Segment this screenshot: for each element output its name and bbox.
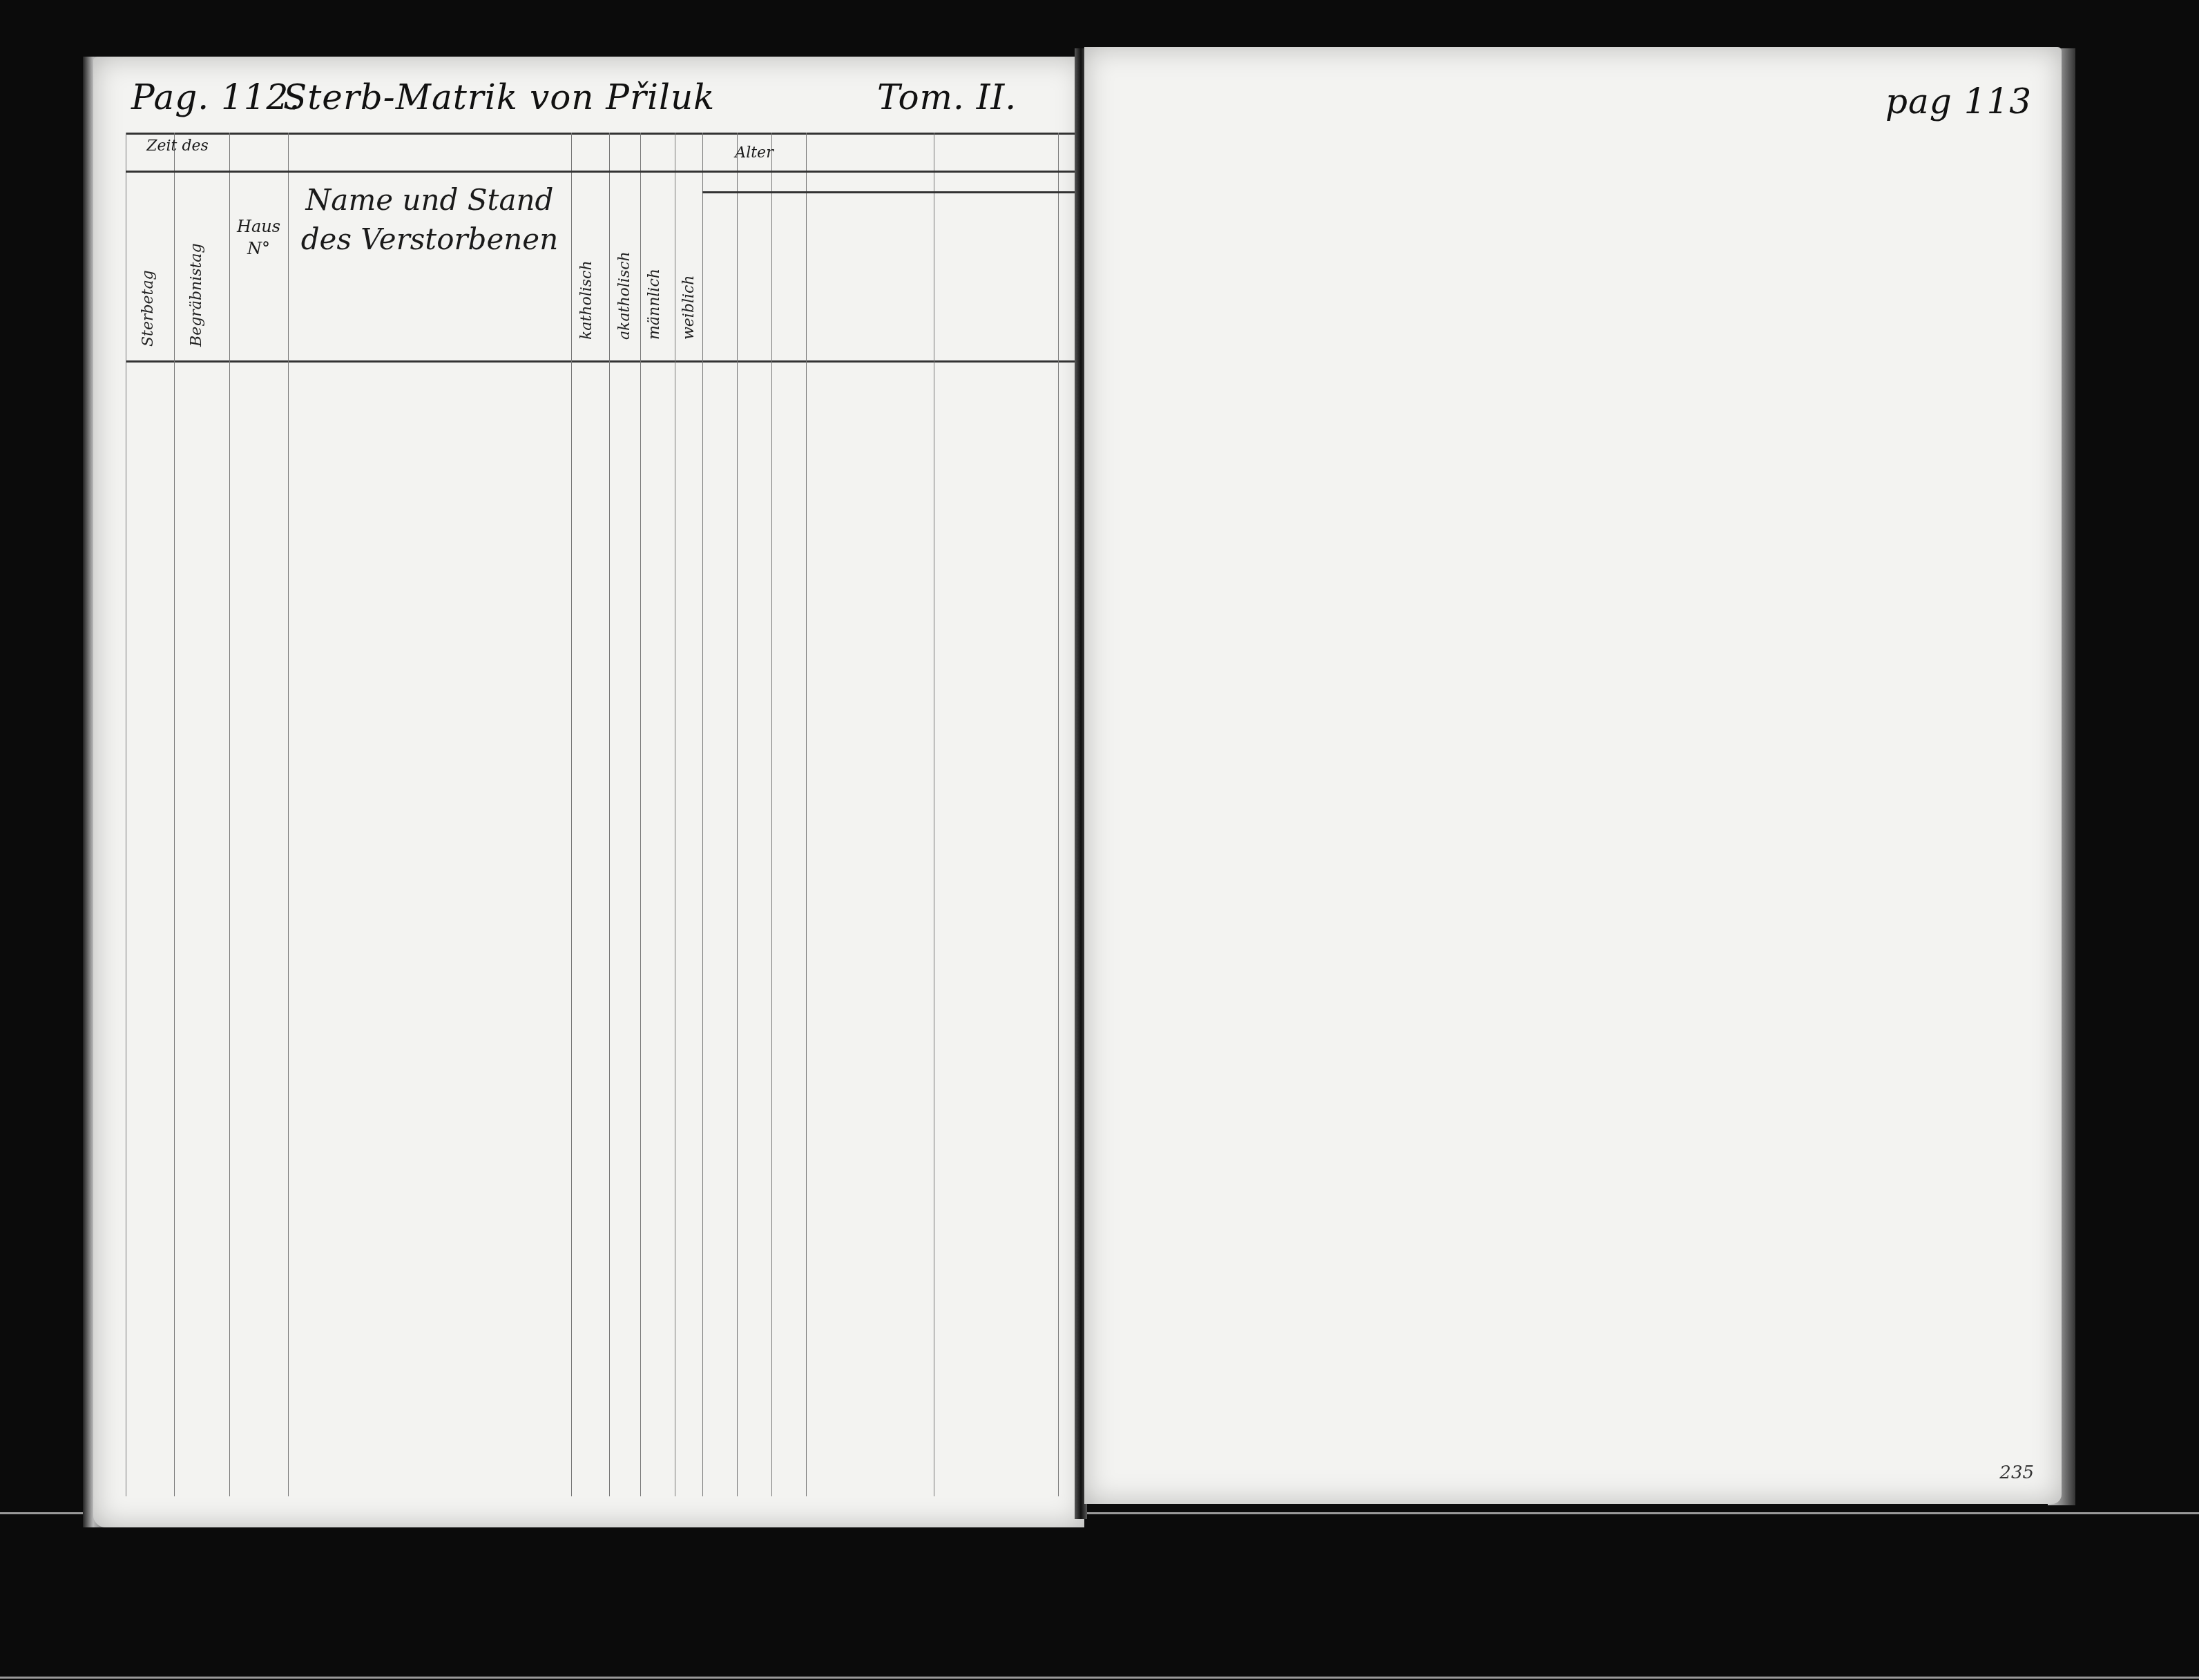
- volume-label: Tom. II.: [877, 77, 1017, 117]
- row-rule: [126, 133, 1079, 135]
- column-rule: [126, 133, 126, 1496]
- column-rule: [771, 133, 772, 1496]
- register-title: Sterb-Matrik von Přiluk: [283, 77, 715, 117]
- column-rule: [806, 133, 807, 1496]
- scan-border-line: [0, 1677, 2199, 1679]
- register-table: Zeit desSterbetagBegräbnistagHaus N°Name…: [126, 133, 1079, 1496]
- column-rule: [737, 133, 738, 1496]
- column-rule: [609, 133, 610, 1496]
- page-label: pag 113: [1885, 81, 2032, 122]
- column-rule: [640, 133, 641, 1496]
- stamp-number: 235: [1999, 1462, 2034, 1483]
- column-header-date-group: Zeit des: [126, 136, 229, 157]
- column-header-date-buried: Begräbnistag: [188, 188, 205, 347]
- page-label: Pag. 112.: [131, 77, 300, 117]
- column-header-male: männlich: [646, 209, 663, 340]
- column-header-age-group: Alter: [702, 143, 806, 164]
- column-rule: [571, 133, 572, 1496]
- right-page: pag 113 235: [1084, 47, 2062, 1504]
- column-rule: [174, 133, 175, 1496]
- register-table: [1091, 137, 2044, 1507]
- column-rule: [229, 133, 230, 1496]
- column-header-date-died: Sterbetag: [140, 188, 157, 347]
- column-header-akatholic: akatholisch: [616, 209, 633, 340]
- column-rule: [934, 133, 934, 1496]
- column-header-female: weiblich: [680, 209, 698, 340]
- column-header-catholic: katholisch: [578, 209, 595, 340]
- column-rule: [675, 133, 675, 1496]
- left-page: Pag. 112. Sterb-Matrik von Přiluk Tom. I…: [93, 57, 1084, 1527]
- row-rule: [126, 360, 1079, 363]
- row-rule: [702, 191, 1079, 193]
- column-rule: [1058, 133, 1059, 1496]
- column-rule: [702, 133, 703, 1496]
- row-rule: [126, 171, 1079, 173]
- column-header-house-no: Haus N°: [229, 215, 288, 260]
- column-header-name: Name und Stand des Verstorbenen: [288, 181, 571, 259]
- column-rule: [288, 133, 289, 1496]
